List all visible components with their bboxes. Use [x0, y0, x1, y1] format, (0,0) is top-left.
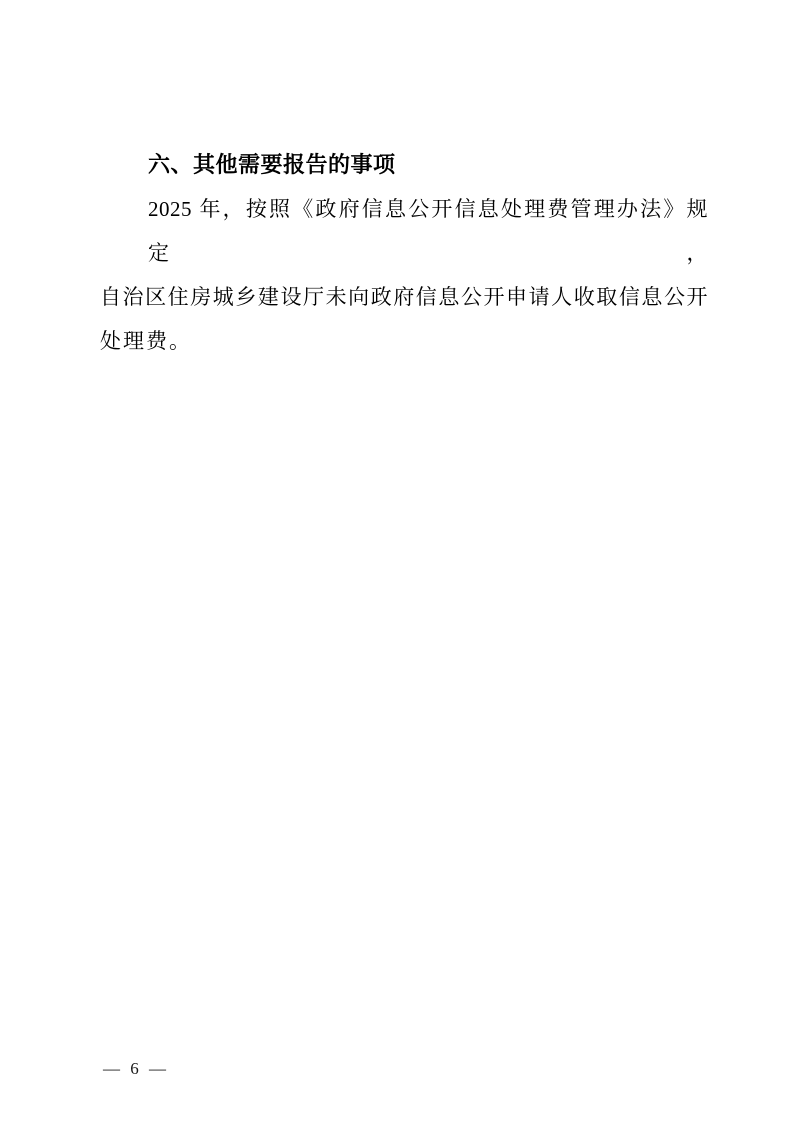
paragraph-line-2: 自治区住房城乡建设厅未向政府信息公开申请人收取信息公开 — [100, 275, 708, 319]
page-number: — 6 — — [103, 1059, 169, 1078]
page-footer: — 6 — — [103, 1058, 169, 1080]
document-page: 六、其他需要报告的事项 2025 年，按照《政府信息公开信息处理费管理办法》规定… — [0, 0, 808, 1143]
paragraph-line-3: 处理费。 — [100, 319, 708, 363]
section-heading: 六、其他需要报告的事项 — [100, 143, 708, 187]
paragraph-line-1: 2025 年，按照《政府信息公开信息处理费管理办法》规定， — [100, 187, 708, 275]
document-body: 六、其他需要报告的事项 2025 年，按照《政府信息公开信息处理费管理办法》规定… — [100, 143, 708, 363]
body-paragraph: 2025 年，按照《政府信息公开信息处理费管理办法》规定， 自治区住房城乡建设厅… — [100, 187, 708, 363]
